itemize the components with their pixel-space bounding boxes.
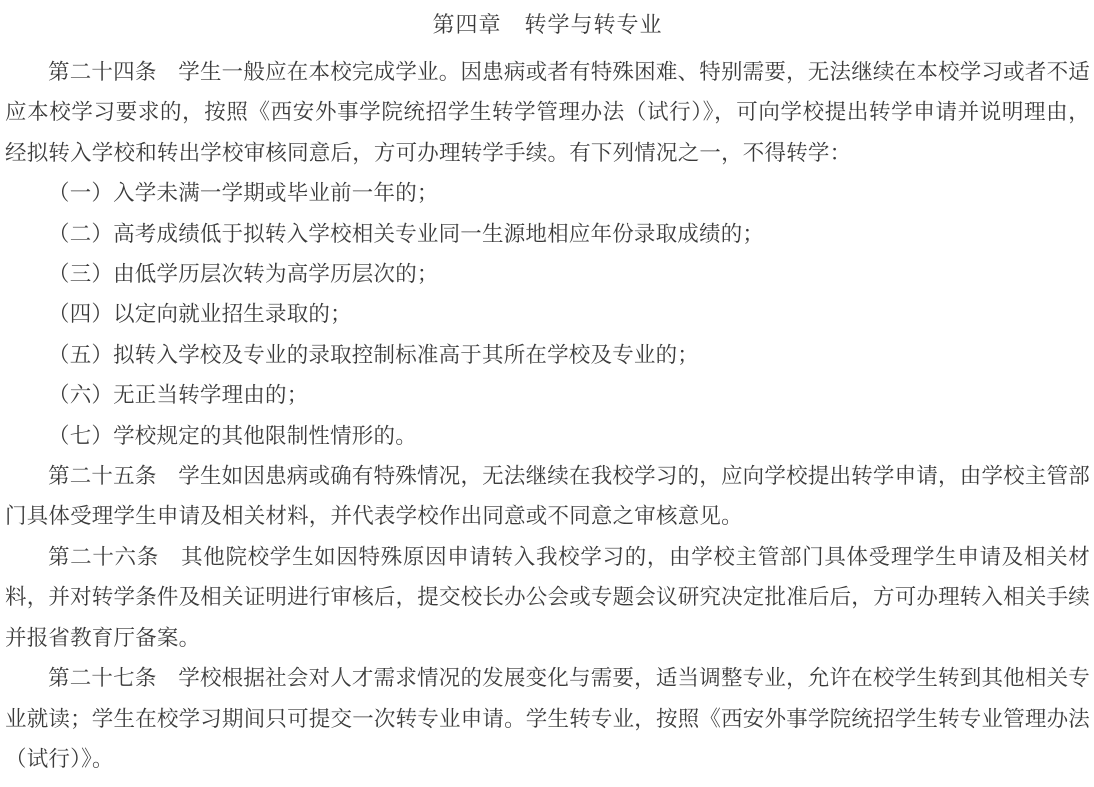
list-item-6: （六）无正当转学理由的；: [5, 375, 1090, 415]
list-item-3: （三）由低学历层次转为高学历层次的；: [5, 254, 1090, 294]
paragraph-article-24: 第二十四条 学生一般应在本校完成学业。因患病或者有特殊困难、特别需要，无法继续在…: [5, 52, 1090, 173]
chapter-title: 第四章 转学与转专业: [5, 6, 1090, 43]
list-item-4: （四）以定向就业招生录取的；: [5, 294, 1090, 334]
list-item-2: （二）高考成绩低于拟转入学校相关专业同一生源地相应年份录取成绩的；: [5, 214, 1090, 254]
document-page: 第四章 转学与转专业 第二十四条 学生一般应在本校完成学业。因患病或者有特殊困难…: [0, 0, 1094, 787]
paragraph-article-26: 第二十六条 其他院校学生如因特殊原因申请转入我校学习的，由学校主管部门具体受理学…: [5, 537, 1090, 658]
list-item-1: （一）入学未满一学期或毕业前一年的；: [5, 173, 1090, 213]
paragraph-article-25: 第二十五条 学生如因患病或确有特殊情况，无法继续在我校学习的，应向学校提出转学申…: [5, 456, 1090, 537]
list-item-5: （五）拟转入学校及专业的录取控制标准高于其所在学校及专业的；: [5, 335, 1090, 375]
list-item-7: （七）学校规定的其他限制性情形的。: [5, 416, 1090, 456]
paragraph-article-27: 第二十七条 学校根据社会对人才需求情况的发展变化与需要，适当调整专业，允许在校学…: [5, 658, 1090, 779]
